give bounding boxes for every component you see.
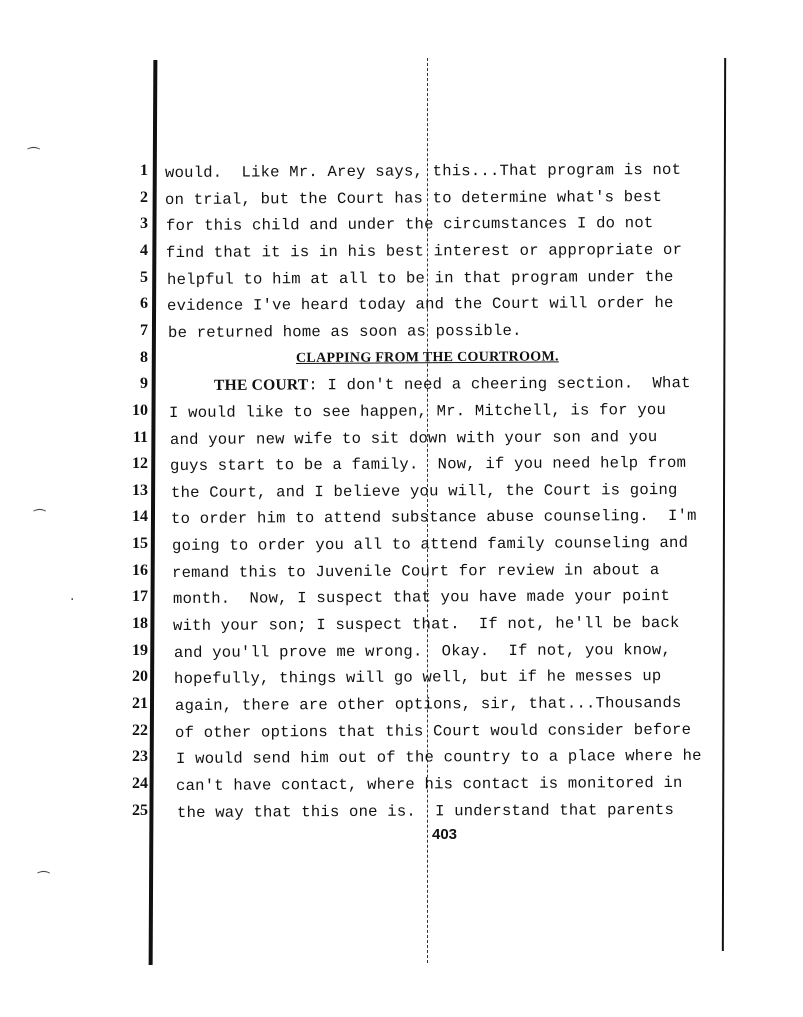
- line-number: 17: [118, 588, 148, 606]
- line-number: 20: [118, 668, 148, 686]
- line-number: 16: [118, 562, 148, 580]
- transcript-line: 9THE COURT: I don't need a cheering sect…: [0, 375, 803, 401]
- line-number: 18: [118, 615, 148, 633]
- line-number: 6: [118, 295, 148, 313]
- line-text: I would like to see happen, Mr. Mitchell…: [169, 401, 666, 422]
- line-text: and you'll prove me wrong. Okay. If not,…: [173, 641, 670, 662]
- line-text: month. Now, I suspect that you have made…: [172, 587, 669, 608]
- line-text: again, there are other options, sir, tha…: [174, 694, 681, 715]
- line-number: 13: [118, 482, 148, 500]
- line-text: to order him to attend substance abuse c…: [171, 507, 697, 528]
- line-text: hopefully, things will go well, but if h…: [174, 667, 662, 688]
- line-text: the way that this one is. I understand t…: [176, 801, 673, 822]
- transcript-line: 21again, there are other options, sir, t…: [0, 695, 803, 721]
- transcript-line: 11and your new wife to sit down with you…: [0, 429, 803, 455]
- line-text: be returned home as soon as possible.: [167, 322, 521, 342]
- transcript-line: 3for this child and under the circumstan…: [0, 215, 803, 241]
- line-number: 7: [118, 322, 148, 340]
- line-number: 21: [118, 695, 148, 713]
- line-text: the Court, and I believe you will, the C…: [170, 481, 677, 502]
- line-text: THE COURT: I don't need a cheering secti…: [214, 374, 691, 395]
- line-number: 1: [118, 162, 148, 180]
- line-text: I would send him out of the country to a…: [175, 747, 701, 768]
- line-number: 5: [118, 269, 148, 287]
- line-text: guys start to be a family. Now, if you n…: [170, 454, 686, 475]
- line-number: 3: [118, 215, 148, 233]
- transcript-line: 18with your son; I suspect that. If not,…: [0, 615, 803, 641]
- line-number: 11: [118, 429, 148, 447]
- transcript-line: 13the Court, and I believe you will, the…: [0, 482, 803, 508]
- transcript-line: 25the way that this one is. I understand…: [0, 802, 803, 828]
- line-number: 10: [118, 402, 148, 420]
- transcript-line: 6evidence I've heard today and the Court…: [0, 295, 803, 321]
- transcript-line: 8CLAPPING FROM THE COURTROOM.: [0, 349, 803, 375]
- line-text: helpful to him at all to be in that prog…: [166, 267, 673, 288]
- transcript-line: 22of other options that this Court would…: [0, 722, 803, 748]
- transcript-line: 24can't have contact, where his contact …: [0, 775, 803, 801]
- transcript-line: 7be returned home as soon as possible.: [0, 322, 803, 348]
- line-text: of other options that this Court would c…: [175, 720, 691, 741]
- line-text: remand this to Juvenile Court for review…: [172, 561, 660, 582]
- transcript-line: 1would. Like Mr. Arey says, this...That …: [0, 162, 803, 188]
- line-number: 23: [118, 748, 148, 766]
- line-text: would. Like Mr. Arey says, this...That p…: [164, 161, 680, 182]
- line-number: 2: [118, 189, 148, 207]
- line-number: 4: [118, 242, 148, 260]
- speaker-text: : I don't need a cheering section. What: [308, 374, 690, 394]
- line-text: with your son; I suspect that. If not, h…: [173, 614, 680, 635]
- line-text: for this child and under the circumstanc…: [165, 214, 653, 235]
- transcript-line: 10I would like to see happen, Mr. Mitche…: [0, 402, 803, 428]
- line-text: on trial, but the Court has to determine…: [165, 188, 662, 209]
- transcript-line: 17month. Now, I suspect that you have ma…: [0, 588, 803, 614]
- line-number: 15: [118, 535, 148, 553]
- line-number: 22: [118, 722, 148, 740]
- transcript-line: 5helpful to him at all to be in that pro…: [0, 269, 803, 295]
- line-number: 19: [118, 642, 148, 660]
- transcript-line: 12guys start to be a family. Now, if you…: [0, 455, 803, 481]
- transcript-line: 19and you'll prove me wrong. Okay. If no…: [0, 642, 803, 668]
- line-text: find that it is in his best interest or …: [166, 241, 682, 262]
- transcript-line: 2on trial, but the Court has to determin…: [0, 189, 803, 215]
- transcript-line: 23I would send him out of the country to…: [0, 748, 803, 774]
- line-number: 9: [118, 375, 148, 393]
- transcript-line: 4find that it is in his best interest or…: [0, 242, 803, 268]
- line-number: 8: [118, 349, 148, 367]
- transcript-line: 20hopefully, things will go well, but if…: [0, 668, 803, 694]
- line-text: evidence I've heard today and the Court …: [167, 294, 674, 315]
- line-text: going to order you all to attend family …: [171, 534, 687, 555]
- line-text: can't have contact, where his contact is…: [176, 774, 683, 795]
- line-number: 14: [118, 508, 148, 526]
- stage-direction-heading: CLAPPING FROM THE COURTROOM.: [296, 349, 559, 367]
- line-number: 25: [118, 802, 148, 820]
- line-number: 12: [118, 455, 148, 473]
- line-text: and your new wife to sit down with your …: [169, 428, 657, 449]
- transcript-line: 14to order him to attend substance abuse…: [0, 508, 803, 534]
- line-number: 24: [118, 775, 148, 793]
- transcript-line: 16remand this to Juvenile Court for revi…: [0, 562, 803, 588]
- page-number: 403: [432, 826, 457, 843]
- speaker-label: THE COURT: [214, 377, 309, 395]
- punch-hole-mark: ⁀: [38, 872, 49, 888]
- transcript-line: 15going to order you all to attend famil…: [0, 535, 803, 561]
